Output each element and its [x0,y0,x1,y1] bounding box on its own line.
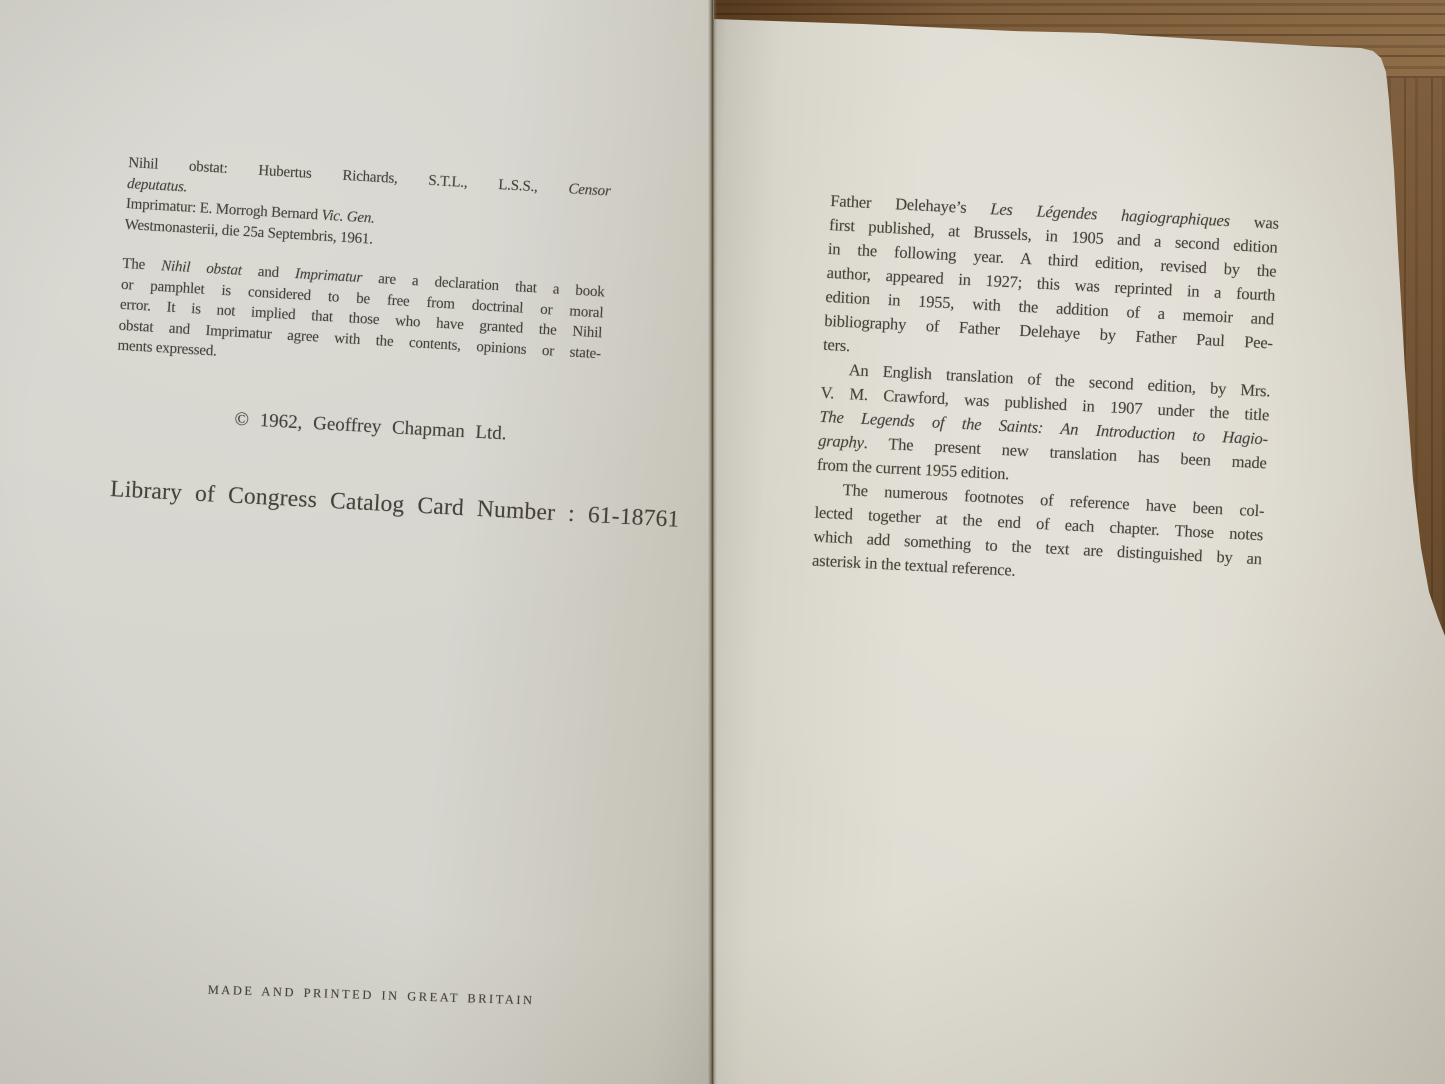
paragraph: An English translation of the second edi… [816,357,1270,500]
left-page: Nihil obstat: Hubertus Richards, S.T.L.,… [0,0,714,1084]
text-segment: was [1229,211,1279,232]
imprint-block: Nihil obstat: Hubertus Richards, S.T.L.,… [117,153,611,385]
right-page: Father Delehaye’s Les Légendes hagiograp… [713,0,1445,1084]
text-segment: and [241,263,295,282]
italic-text-segment: Imprimatur [295,266,363,286]
text-segment: ments expressed. [117,338,217,360]
copyright-line: © 1962, Geoffrey Chapman Ltd. [129,403,612,451]
text-segment: ters. [823,335,851,355]
open-book-photo: Nihil obstat: Hubertus Richards, S.T.L.,… [0,0,1445,1084]
italic-text-segment: Vic. Gen. [321,208,375,227]
italic-text-segment: Censor [568,181,611,199]
censor-notice: The Nihil obstat and Imprimatur are a de… [117,254,605,385]
paragraph: Father Delehaye’s Les Légendes hagiograp… [823,189,1280,380]
translators-note-block: Father Delehaye’s Les Légendes hagiograp… [812,189,1280,595]
nihil-obstat-lines: Nihil obstat: Hubertus Richards, S.T.L.,… [124,153,611,264]
gutter-seam [708,0,717,1084]
library-of-congress-line: Library of Congress Catalog Card Number … [110,476,696,535]
italic-text-segment: graphy [818,431,864,452]
italic-text-segment: deputatus. [127,175,188,195]
text-segment: The [122,256,162,274]
italic-text-segment: Nihil obstat [161,258,242,279]
colophon-line: MADE AND PRINTED IN GREAT BRITAIN [130,980,613,1011]
